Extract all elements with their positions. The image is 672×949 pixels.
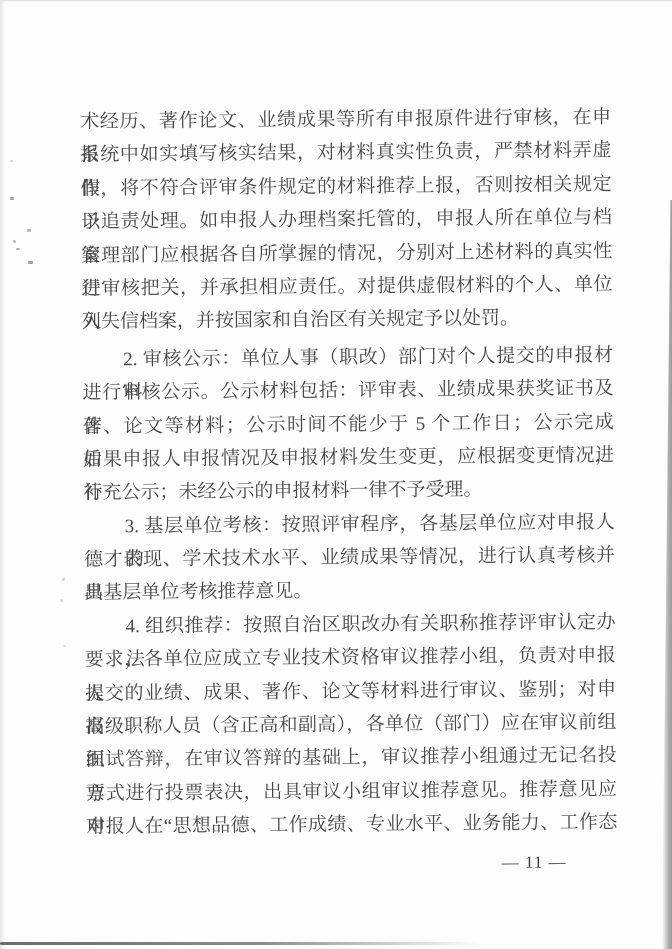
text-line: 补充公示；未经公示的申报材料一律不予受理。 xyxy=(83,472,614,510)
paragraph-audit-publicity: 2. 审核公示：单位人事（职改）部门对个人提交的申报材料 进行审核公示。公示材料… xyxy=(82,339,614,511)
text-line: 行审核把关，并承担相应责任。对提供虚假材料的个人、单位列 xyxy=(81,268,612,306)
document-content: 术经历、著作论文、业绩成果等所有申报原件进行审核，在申报 系统中如实填写核实结果… xyxy=(0,0,672,949)
text-line: 系统中如实填写核实结果，对材料真实性负责，严禁材料弄虚作 xyxy=(80,134,611,172)
text-line: 方式进行投票表决，出具审议小组审议推荐意见。推荐意见应对 xyxy=(86,773,617,811)
text-line: 入失信档案，并按国家和自治区有关规定予以处罚。 xyxy=(82,301,613,339)
text-line: 术经历、著作论文、业绩成果等所有申报原件进行审核，在申报 xyxy=(80,101,611,139)
text-line: 高级职称人员（含正高和副高），各单位（部门）应在审议前组织 xyxy=(85,706,616,744)
text-line: 进行审核公示。公示材料包括：评审表、业绩成果获奖证书及著 xyxy=(82,372,613,410)
text-line: 4. 组织推荐：按照自治区职改办有关职称推荐评审认定办法 xyxy=(84,606,615,644)
text-line: 以追责处理。如申报人办理档案托管的，申报人所在单位与档案 xyxy=(81,201,612,239)
scanned-document-page: 术经历、著作论文、业绩成果等所有申报原件进行审核，在申报 系统中如实填写核实结果… xyxy=(0,0,672,949)
text-line: 3. 基层单位考核：按照评审程序，各基层单位应对申报人的 xyxy=(84,506,615,544)
text-line: 管理部门应根据各自所掌握的情况，分别对上述材料的真实性进 xyxy=(81,235,612,273)
paragraph-unit-assessment: 3. 基层单位考核：按照评审程序，各基层单位应对申报人的 德才表现、学术技术水平… xyxy=(84,506,616,611)
text-line: 2. 审核公示：单位人事（职改）部门对个人提交的申报材料 xyxy=(82,339,613,377)
text-line: 面试答辩，在审议答辩的基础上，审议推荐小组通过无记名投票 xyxy=(86,739,617,777)
text-line: 德才表现、学术技术水平、业绩成果等情况，进行认真考核并出 xyxy=(84,539,615,577)
text-line: 如果申报人申报情况及申报材料发生变更，应根据变更情况进行 xyxy=(83,439,614,477)
text-line: 提交的业绩、成果、著作、论文等材料进行审议、鉴别；对申报 xyxy=(85,673,616,711)
text-line: 假，将不符合评审条件规定的材料推荐上报，否则按相关规定予 xyxy=(81,168,612,206)
paragraph-audit-responsibility: 术经历、著作论文、业绩成果等所有申报原件进行审核，在申报 系统中如实填写核实结果… xyxy=(80,101,613,339)
paragraph-organization-recommendation: 4. 组织推荐：按照自治区职改办有关职称推荐评审认定办法 要求，各单位应成立专业… xyxy=(84,606,617,844)
document-body: 术经历、著作论文、业绩成果等所有申报原件进行审核，在申报 系统中如实填写核实结果… xyxy=(80,101,617,844)
page-number: — 11 — xyxy=(472,852,597,873)
text-line: 具基层单位考核推荐意见。 xyxy=(84,572,615,610)
text-line: 申报人在“思想品德、工作成绩、专业水平、业务能力、工作态 xyxy=(86,806,617,844)
text-line: 要求，各单位应成立专业技术资格审议推荐小组，负责对申报人 xyxy=(85,639,616,677)
text-line: 作、论文等材料；公示时间不能少于 5 个工作日；公示完成后， xyxy=(83,406,614,444)
